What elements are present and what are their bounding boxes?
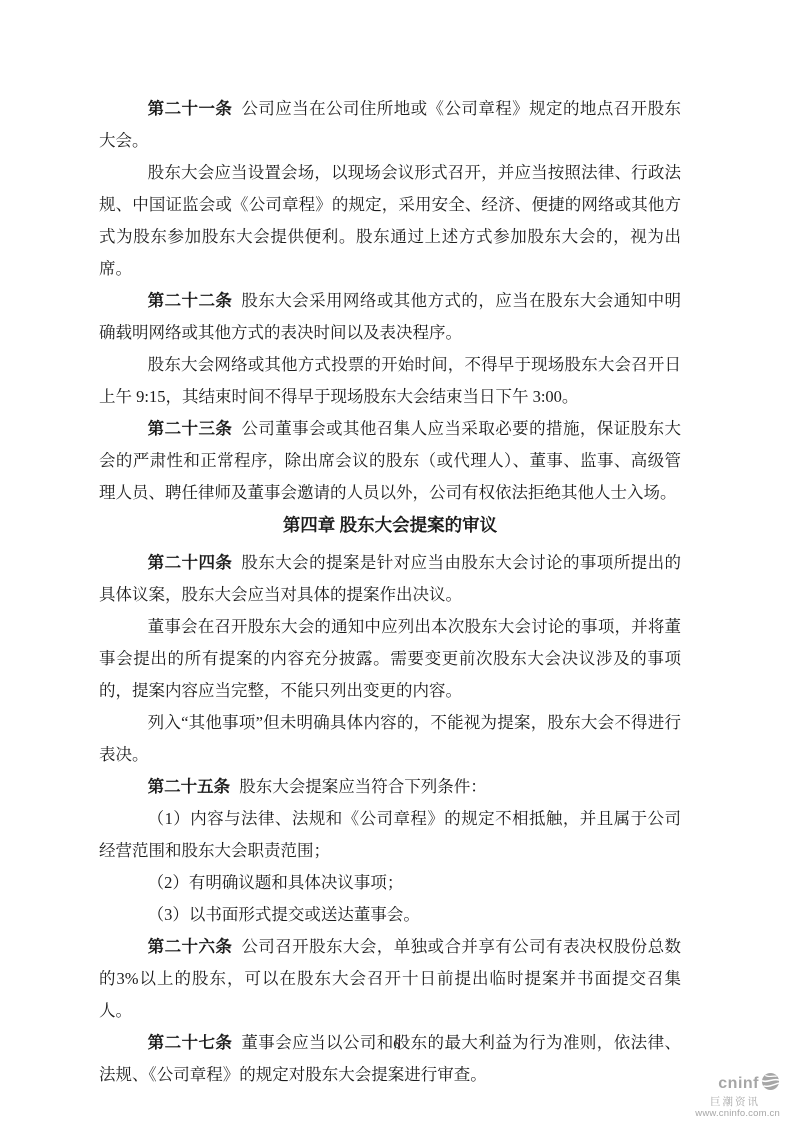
swirl-globe-icon <box>761 1072 780 1096</box>
document-body: 第二十一条公司应当在公司住所地或《公司章程》规定的地点召开股东大会。 股东大会应… <box>99 93 681 1091</box>
cninfo-url: www.cninfo.com.cn <box>695 1109 780 1119</box>
article-paragraph-22: 第二十二条股东大会采用网络或其他方式的，应当在股东大会通知中明确载明网络或其他方… <box>99 285 681 349</box>
page-number: 6 <box>0 1036 793 1052</box>
cninfo-brand-row: cninf <box>695 1072 780 1096</box>
article-number-label: 第二十三条 <box>148 419 233 438</box>
cninfo-chinese-name: 巨潮资讯 <box>695 1097 760 1109</box>
article-number-label: 第二十一条 <box>148 99 233 118</box>
article-number-label: 第二十五条 <box>148 777 231 796</box>
article-paragraph-26: 第二十六条公司召开股东大会，单独或合并享有公司有表决权股份总数的3%以上的股东，… <box>99 931 681 1027</box>
paragraph-text: 股东大会网络或其他方式投票的开始时间，不得早于现场股东大会召开日上午 9:15，… <box>99 355 681 406</box>
article-paragraph-21: 第二十一条公司应当在公司住所地或《公司章程》规定的地点召开股东大会。 <box>99 93 681 157</box>
body-paragraph: 股东大会网络或其他方式投票的开始时间，不得早于现场股东大会召开日上午 9:15，… <box>99 349 681 413</box>
body-paragraph: 列入“其他事项”但未明确具体内容的，不能视为提案，股东大会不得进行表决。 <box>99 707 681 771</box>
paragraph-text: 董事会在召开股东大会的通知中应列出本次股东大会讨论的事项，并将董事会提出的所有提… <box>99 617 681 700</box>
article-paragraph-24: 第二十四条股东大会的提案是针对应当由股东大会讨论的事项所提出的具体议案，股东大会… <box>99 547 681 611</box>
list-item-3: （3）以书面形式提交或送达董事会。 <box>99 899 681 931</box>
list-item-text: （1）内容与法律、法规和《公司章程》的规定不相抵触，并且属于公司经营范围和股东大… <box>99 809 681 860</box>
chapter-heading: 第四章 股东大会提案的审议 <box>99 509 681 541</box>
article-paragraph-23: 第二十三条公司董事会或其他召集人应当采取必要的措施，保证股东大会的严肃性和正常程… <box>99 413 681 509</box>
cninfo-brand-text: cninf <box>718 1075 759 1093</box>
cninfo-watermark: cninf 巨潮资讯 www.cninfo.com.cn <box>695 1072 780 1120</box>
body-paragraph: 股东大会应当设置会场，以现场会议形式召开，并应当按照法律、行政法规、中国证监会或… <box>99 157 681 285</box>
paragraph-text: 股东大会应当设置会场，以现场会议形式召开，并应当按照法律、行政法规、中国证监会或… <box>99 163 681 278</box>
article-text: 股东大会提案应当符合下列条件： <box>239 777 487 796</box>
list-item-2: （2）有明确议题和具体决议事项； <box>99 867 681 899</box>
list-item-text: （2）有明确议题和具体决议事项； <box>148 873 404 892</box>
article-number-label: 第二十六条 <box>148 937 233 956</box>
body-paragraph: 董事会在召开股东大会的通知中应列出本次股东大会讨论的事项，并将董事会提出的所有提… <box>99 611 681 707</box>
list-item-1: （1）内容与法律、法规和《公司章程》的规定不相抵触，并且属于公司经营范围和股东大… <box>99 803 681 867</box>
list-item-text: （3）以书面形式提交或送达董事会。 <box>148 905 420 924</box>
article-paragraph-25: 第二十五条股东大会提案应当符合下列条件： <box>99 771 681 803</box>
document-page: 第二十一条公司应当在公司住所地或《公司章程》规定的地点召开股东大会。 股东大会应… <box>0 0 793 1122</box>
article-number-label: 第二十四条 <box>148 553 233 572</box>
paragraph-text: 列入“其他事项”但未明确具体内容的，不能视为提案，股东大会不得进行表决。 <box>99 713 681 764</box>
article-number-label: 第二十二条 <box>148 291 233 310</box>
